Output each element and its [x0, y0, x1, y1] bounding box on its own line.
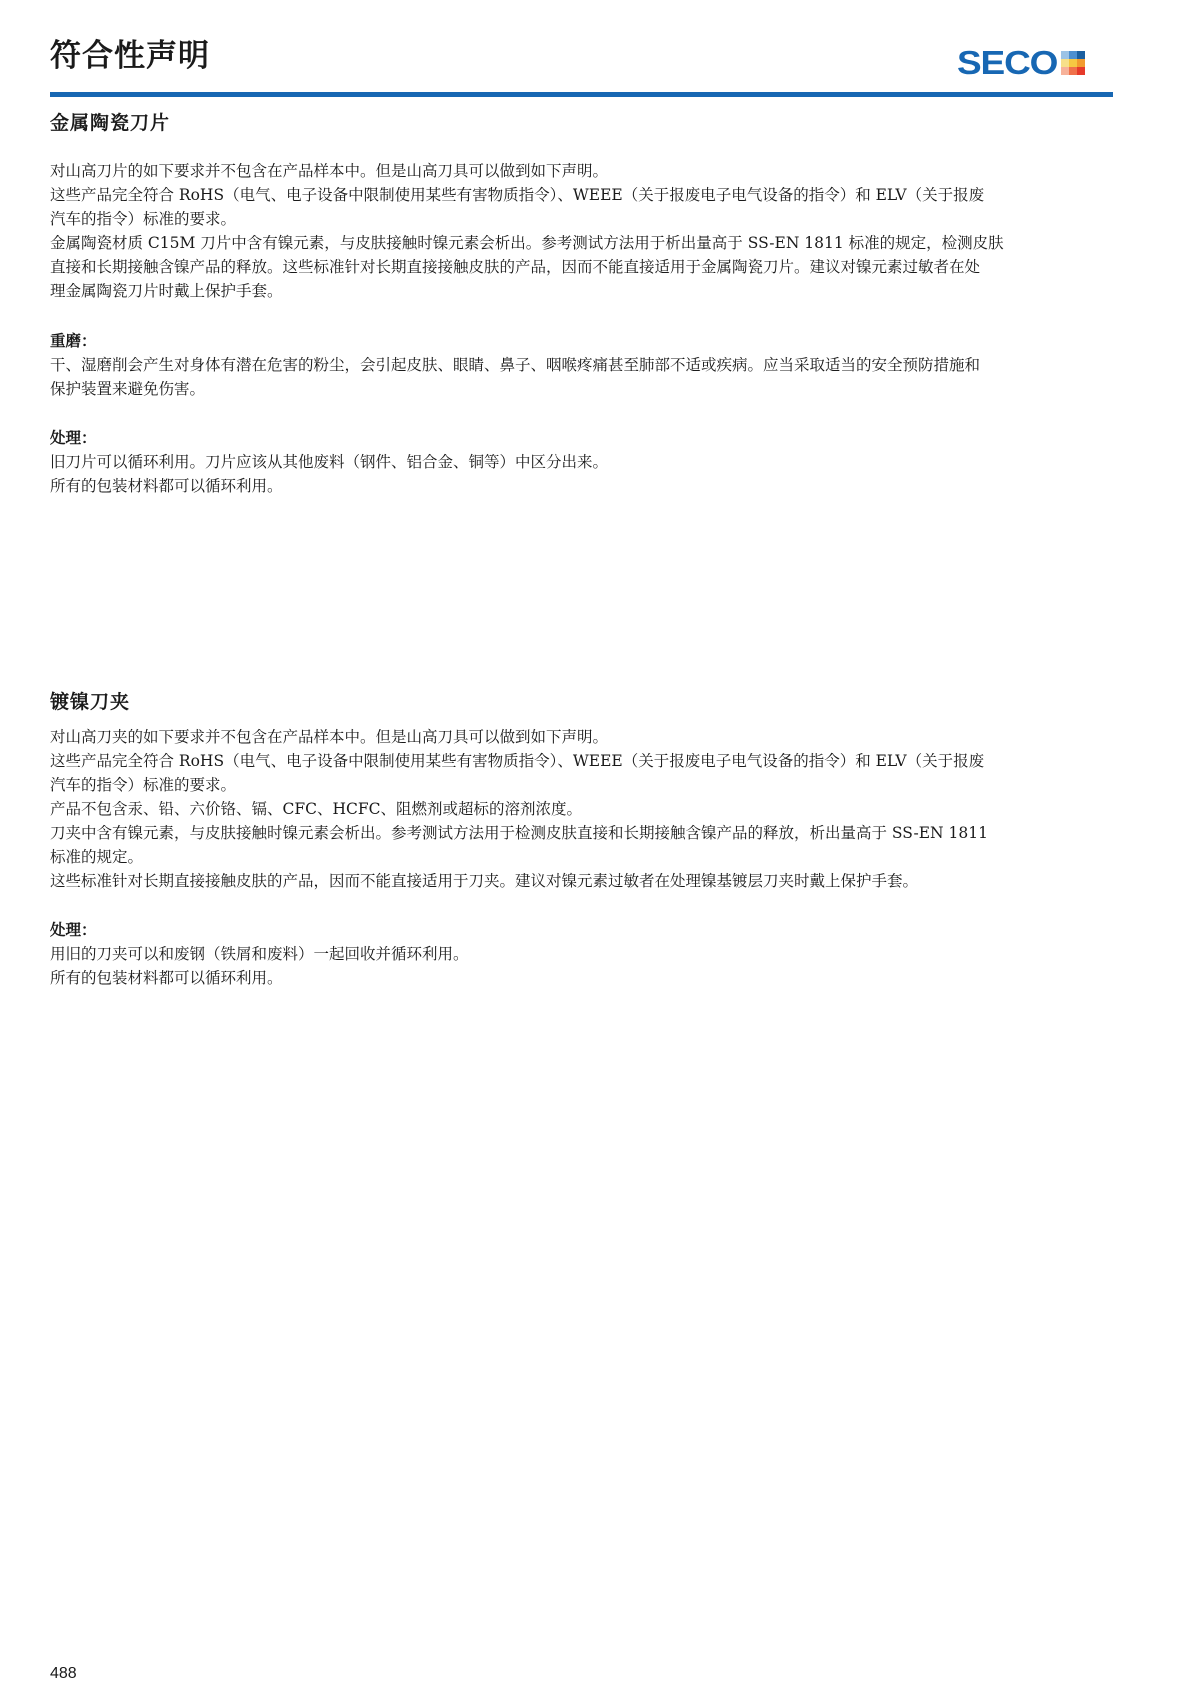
- paragraph-line: 汽车的指令）标准的要求。: [50, 773, 1120, 797]
- paragraph-line: 汽车的指令）标准的要求。: [50, 207, 1120, 231]
- page-number: 488: [50, 1665, 77, 1683]
- paragraph-line: 所有的包装材料都可以循环利用。: [50, 474, 1120, 498]
- logo-cell: [1061, 67, 1069, 75]
- logo-wordmark: SECO: [957, 48, 1057, 78]
- seco-logo: SECO: [957, 48, 1085, 78]
- logo-cell: [1077, 51, 1085, 59]
- paragraph-line: 保护装置来避免伤害。: [50, 377, 1120, 401]
- section-holders-body: 对山高刀夹的如下要求并不包含在产品样本中。但是山高刀具可以做到如下声明。 这些产…: [50, 725, 1120, 893]
- subsection-heading-disposal: 处理：: [50, 918, 1120, 942]
- logo-cell: [1077, 59, 1085, 67]
- logo-cell: [1069, 51, 1077, 59]
- paragraph-line: 这些产品完全符合 RoHS（电气、电子设备中限制使用某些有害物质指令）、WEEE…: [50, 749, 1120, 773]
- logo-cell: [1069, 67, 1077, 75]
- subsection-heading-disposal: 处理：: [50, 426, 1120, 450]
- paragraph-line: 这些标准针对长期直接接触皮肤的产品，因而不能直接适用于刀夹。建议对镍元素过敏者在…: [50, 869, 1120, 893]
- paragraph-line: 金属陶瓷材质 C15M 刀片中含有镍元素，与皮肤接触时镍元素会析出。参考测试方法…: [50, 231, 1120, 255]
- paragraph-line: 用旧的刀夹可以和废钢（铁屑和废料）一起回收并循环利用。: [50, 942, 1120, 966]
- paragraph-line: 所有的包装材料都可以循环利用。: [50, 966, 1120, 990]
- subsection-disposal-inserts: 处理： 旧刀片可以循环利用。刀片应该从其他废料（钢件、铝合金、铜等）中区分出来。…: [50, 426, 1120, 498]
- page-title: 符合性声明: [50, 38, 210, 75]
- paragraph-line: 标准的规定。: [50, 845, 1120, 869]
- paragraph-line: 刀夹中含有镍元素，与皮肤接触时镍元素会析出。参考测试方法用于检测皮肤直接和长期接…: [50, 821, 1120, 845]
- logo-cell: [1061, 51, 1069, 59]
- subsection-disposal-holders: 处理： 用旧的刀夹可以和废钢（铁屑和废料）一起回收并循环利用。 所有的包装材料都…: [50, 918, 1120, 990]
- section-heading-cermet-inserts: 金属陶瓷刀片: [50, 112, 170, 135]
- paragraph-line: 旧刀片可以循环利用。刀片应该从其他废料（钢件、铝合金、铜等）中区分出来。: [50, 450, 1120, 474]
- paragraph-line: 对山高刀夹的如下要求并不包含在产品样本中。但是山高刀具可以做到如下声明。: [50, 725, 1120, 749]
- logo-cell: [1077, 67, 1085, 75]
- paragraph-line: 对山高刀片的如下要求并不包含在产品样本中。但是山高刀具可以做到如下声明。: [50, 159, 1120, 183]
- paragraph-line: 理金属陶瓷刀片时戴上保护手套。: [50, 279, 1120, 303]
- section-heading-nickel-plated-holders: 镀镍刀夹: [50, 691, 130, 714]
- paragraph-line: 产品不包含汞、铅、六价铬、镉、CFC、HCFC、阻燃剂或超标的溶剂浓度。: [50, 797, 1120, 821]
- section-cermet-body: 对山高刀片的如下要求并不包含在产品样本中。但是山高刀具可以做到如下声明。 这些产…: [50, 159, 1120, 303]
- subsection-regrinding: 重磨： 干、湿磨削会产生对身体有潜在危害的粉尘，会引起皮肤、眼睛、鼻子、咽喉疼痛…: [50, 329, 1120, 401]
- paragraph-line: 这些产品完全符合 RoHS（电气、电子设备中限制使用某些有害物质指令）、WEEE…: [50, 183, 1120, 207]
- paragraph-line: 直接和长期接触含镍产品的释放。这些标准针对长期直接接触皮肤的产品，因而不能直接适…: [50, 255, 1120, 279]
- header-divider: [50, 92, 1113, 97]
- subsection-heading-regrinding: 重磨：: [50, 329, 1120, 353]
- logo-cell: [1069, 59, 1077, 67]
- logo-cell: [1061, 59, 1069, 67]
- paragraph-line: 干、湿磨削会产生对身体有潜在危害的粉尘，会引起皮肤、眼睛、鼻子、咽喉疼痛甚至肺部…: [50, 353, 1120, 377]
- logo-color-grid-icon: [1061, 51, 1085, 75]
